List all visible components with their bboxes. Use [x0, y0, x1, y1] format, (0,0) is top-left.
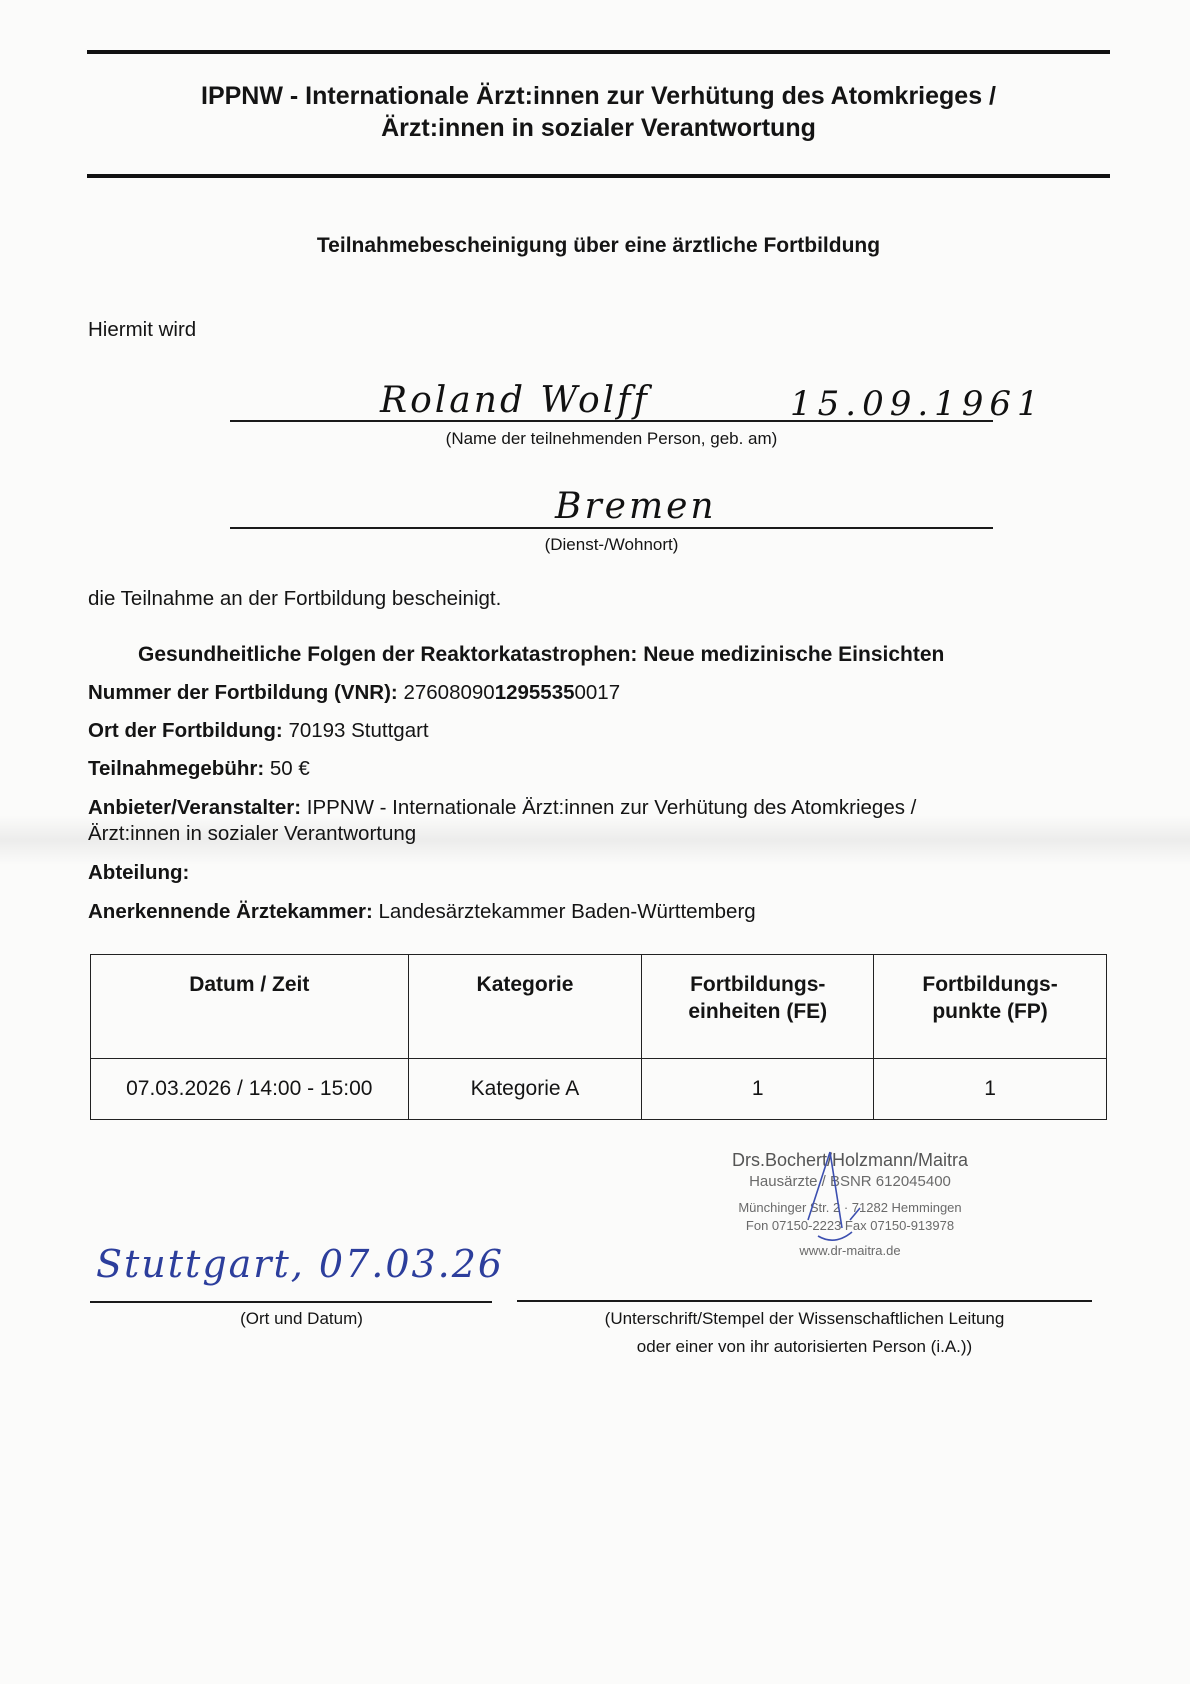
department-row: Abteilung: — [88, 861, 189, 885]
place-row: Ort der Fortbildung: 70193 Stuttgart — [88, 719, 429, 743]
place-value: 70193 Stuttgart — [288, 719, 428, 742]
table-cell: 07.03.2026 / 14:00 - 15:00 — [91, 1059, 409, 1120]
chamber-label: Anerkennende Ärztekammer: — [88, 900, 373, 923]
place-date-handwritten: Stuttgart, 07.03.26 — [96, 1242, 504, 1286]
location-line — [230, 527, 993, 529]
table-cell: 1 — [642, 1059, 874, 1120]
signature-scribble-icon — [790, 1150, 880, 1260]
confirmation-text: die Teilnahme an der Fortbildung beschei… — [88, 587, 501, 611]
place-date-label: (Ort und Datum) — [90, 1309, 513, 1329]
place-label: Ort der Fortbildung: — [88, 719, 283, 742]
participant-birthdate: 15.09.1961 — [790, 384, 1045, 424]
vnr-value: 2760809012955350017 — [403, 681, 620, 704]
table-header-cell: Kategorie — [408, 955, 642, 1059]
vnr-label: Nummer der Fortbildung (VNR): — [88, 681, 398, 704]
table-header-cell: Fortbildungs- punkte (FP) — [874, 955, 1107, 1059]
chamber-value: Landesärztekammer Baden-Württemberg — [379, 900, 756, 923]
fee-label: Teilnahmegebühr: — [88, 757, 264, 780]
table-cell: 1 — [874, 1059, 1107, 1120]
location-label: (Dienst-/Wohnort) — [230, 535, 993, 555]
document-title-line2: Ärzt:innen in sozialer Verantwortung — [87, 112, 1110, 144]
table-cell: Kategorie A — [408, 1059, 642, 1120]
participant-location: Bremen — [555, 486, 717, 527]
department-label: Abteilung: — [88, 861, 189, 884]
table-header-row: Datum / ZeitKategorieFortbildungs- einhe… — [91, 955, 1107, 1059]
fee-row: Teilnahmegebühr: 50 € — [88, 757, 310, 781]
table-header-cell: Datum / Zeit — [91, 955, 409, 1059]
name-line — [230, 420, 993, 422]
certificate-subtitle: Teilnahmebescheinigung über eine ärztlic… — [87, 234, 1110, 258]
table-header-cell: Fortbildungs- einheiten (FE) — [642, 955, 874, 1059]
fee-value: 50 € — [270, 757, 310, 780]
top-rule — [87, 50, 1110, 54]
chamber-row: Anerkennende Ärztekammer: Landesärztekam… — [88, 900, 756, 924]
provider-value-line1: IPPNW - Internationale Ärzt:innen zur Ve… — [307, 796, 917, 819]
training-table: Datum / ZeitKategorieFortbildungs- einhe… — [90, 954, 1107, 1120]
signature-line — [517, 1300, 1092, 1302]
provider-row: Anbieter/Veranstalter: IPPNW - Internati… — [88, 796, 916, 820]
intro-text: Hiermit wird — [88, 318, 196, 342]
participant-name: Roland Wolff — [380, 380, 650, 421]
event-title: Gesundheitliche Folgen der Reaktorkatast… — [138, 643, 944, 667]
provider-value-line2: Ärzt:innen in sozialer Verantwortung — [88, 822, 416, 846]
table-row: 07.03.2026 / 14:00 - 15:00Kategorie A11 — [91, 1059, 1107, 1120]
provider-label: Anbieter/Veranstalter: — [88, 796, 301, 819]
vnr-row: Nummer der Fortbildung (VNR): 2760809012… — [88, 681, 620, 705]
signature-label-line1: (Unterschrift/Stempel der Wissenschaftli… — [517, 1309, 1092, 1329]
document-title-line1: IPPNW - Internationale Ärzt:innen zur Ve… — [87, 80, 1110, 112]
signature-label-line2: oder einer von ihr autorisierten Person … — [517, 1337, 1092, 1357]
header-bottom-rule — [87, 174, 1110, 178]
place-date-line — [90, 1301, 492, 1303]
name-label: (Name der teilnehmenden Person, geb. am) — [230, 429, 993, 449]
